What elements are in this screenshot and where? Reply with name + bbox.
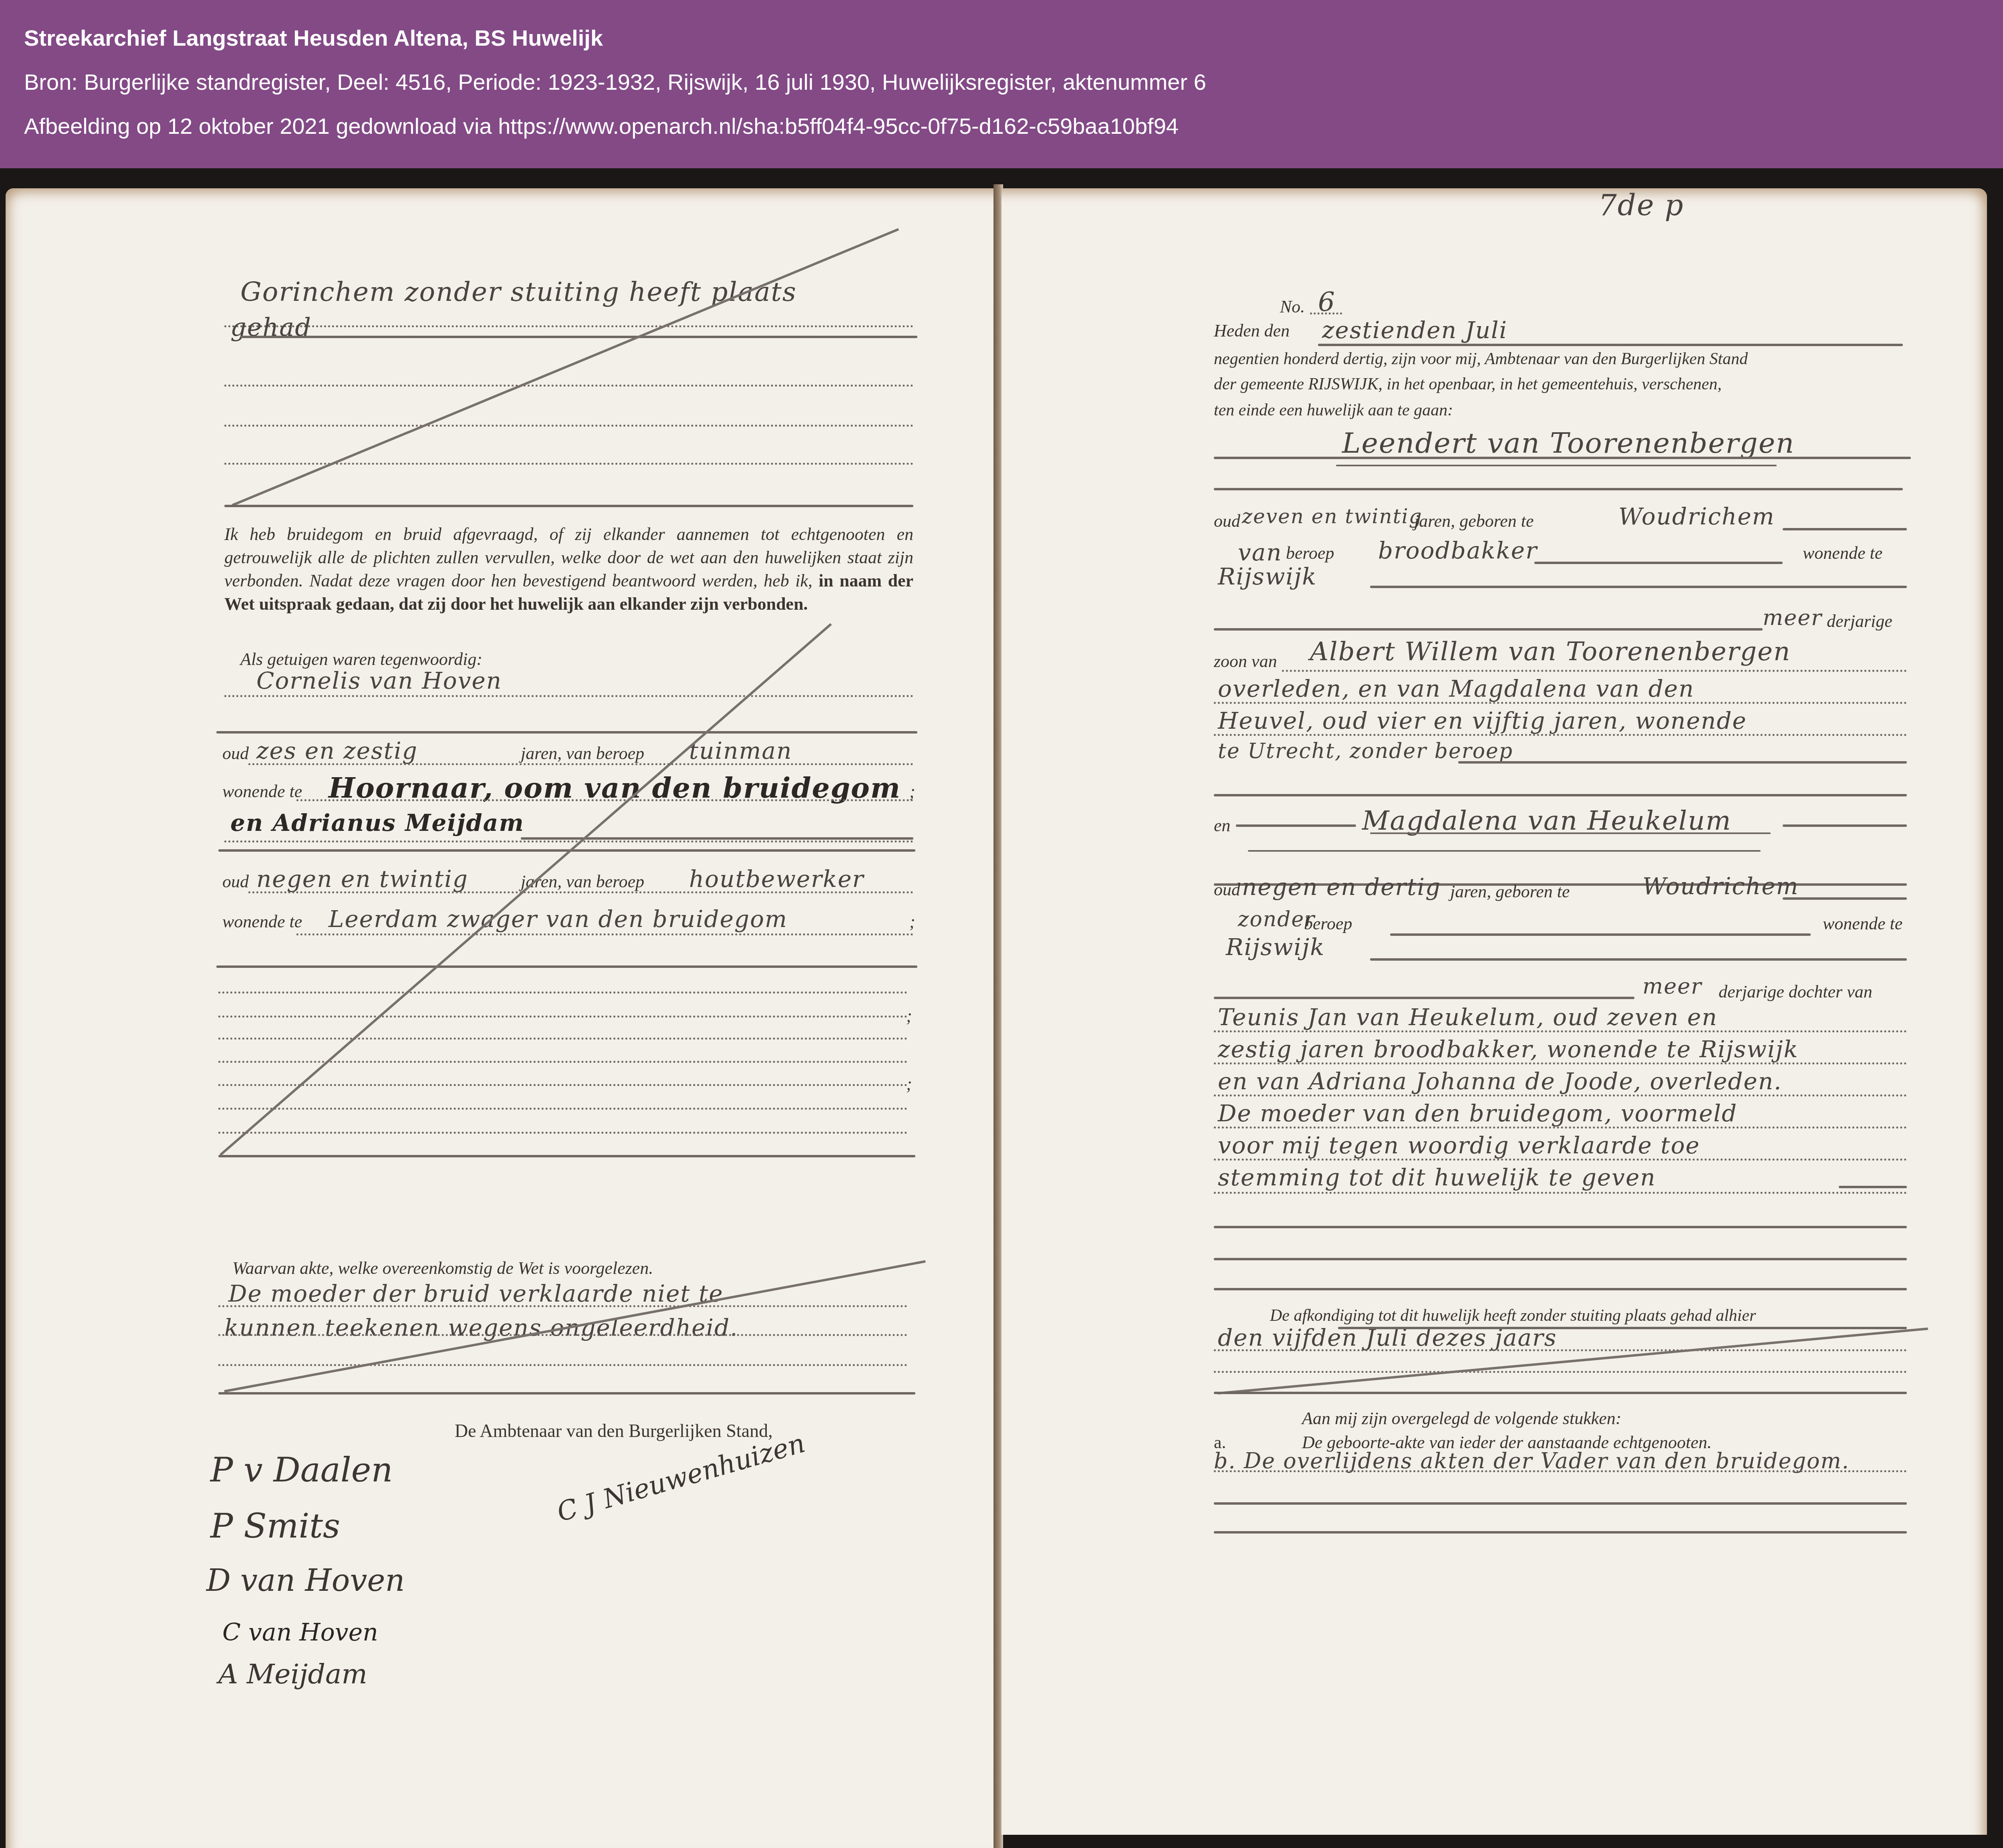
fill-rule [216, 965, 917, 968]
dotted-line [218, 1108, 907, 1110]
closing-note-line: kunnen teekenen wegens ongeleerdheid. [224, 1314, 738, 1341]
groom-occupation: broodbakker [1378, 537, 1538, 564]
banns-label: De afkondiging tot dit huwelijk heeft zo… [1270, 1306, 1756, 1325]
semicolon: ; [906, 1074, 912, 1094]
intro-line: ten einde een huwelijk aan te gaan: [1214, 401, 1453, 420]
dotted-line [1214, 1094, 1907, 1096]
semicolon: ; [909, 911, 915, 932]
fill-rule [218, 1155, 915, 1157]
dotted-line [218, 1364, 907, 1366]
fill-rule [1214, 1502, 1907, 1505]
dotted-line [224, 385, 913, 387]
declaration-paragraph: Ik heb bruidegom en bruid afgevraagd, of… [224, 523, 913, 616]
fill-rule [521, 837, 913, 840]
fill-rule [1839, 1186, 1907, 1188]
dotted-line [218, 1084, 907, 1086]
fill-rule [1783, 824, 1907, 827]
bride-residence: Rijswijk [1226, 933, 1325, 961]
groom-age: zeven en twintig [1242, 505, 1423, 528]
intro-line: der gemeente RIJSWIJK, in het openbaar, … [1214, 375, 1722, 394]
age-label: oud [222, 743, 249, 764]
witness2-name: en Adrianus Meijdam [230, 809, 524, 836]
fill-rule [1370, 586, 1907, 588]
dotted-line [248, 891, 913, 893]
parents-line: De moeder van den bruidegom, voormeld [1218, 1100, 1737, 1127]
name-underline [1370, 832, 1771, 834]
majority-label: derjarige [1827, 611, 1892, 631]
dotted-line [224, 840, 913, 842]
dotted-line [296, 799, 913, 801]
fill-rule [1338, 1327, 1907, 1329]
occupation-label: beroep [1286, 543, 1334, 563]
dotted-line [1310, 312, 1342, 314]
witness2-residence: Leerdam zwager van den bruidegom [328, 905, 788, 933]
fill-rule [1214, 628, 1763, 631]
dotted-line [218, 1132, 907, 1134]
parents-line: voor mij tegen woordig verklaarde toe [1218, 1132, 1700, 1159]
marriage-date: zestienden Juli [1322, 316, 1507, 344]
bride-majority: meer [1642, 973, 1702, 999]
archive-title: Streekarchief Langstraat Heusden Altena,… [24, 25, 603, 51]
fill-rule [1370, 958, 1907, 961]
dotted-line [218, 1334, 907, 1336]
dotted-line [1214, 1192, 1907, 1194]
and-label: en [1214, 815, 1231, 836]
fill-rule [1214, 1392, 1907, 1394]
dotted-line [224, 325, 913, 327]
fill-rule [1214, 488, 1903, 490]
declaration-italic: Ik heb bruidegom en bruid afgevraagd, of… [224, 524, 913, 590]
birthplace-label: jaren, geboren te [1450, 881, 1570, 902]
dotted-line [218, 1305, 907, 1307]
dotted-line [224, 695, 913, 697]
dotted-line [218, 1038, 907, 1040]
witness1-name: Cornelis van Hoven [256, 667, 502, 694]
bride-birthplace: Woudrichem [1642, 873, 1799, 900]
closing-label: Waarvan akte, welke overeenkomstig de We… [232, 1258, 653, 1278]
years-occupation-label: jaren, van beroep [521, 871, 644, 892]
son-of-label: zoon van [1214, 651, 1277, 671]
dotted-line [218, 1016, 907, 1018]
witness1-age: zes en zestig [256, 737, 418, 764]
dotted-line [1282, 670, 1907, 672]
fill-rule [1214, 1226, 1907, 1228]
birthplace-label: jaren, geboren te [1414, 511, 1534, 531]
intro-line: negentien honderd dertig, zijn voor mij,… [1214, 349, 1748, 369]
closing-note-line: De moeder der bruid verklaarde niet te [228, 1280, 723, 1307]
source-citation: Bron: Burgerlijke standregister, Deel: 4… [24, 69, 1206, 95]
semicolon: ; [909, 781, 915, 802]
parents-line: Albert Willem van Toorenenbergen [1310, 637, 1791, 667]
age-label: oud [1214, 879, 1240, 900]
archive-header: Streekarchief Langstraat Heusden Altena,… [0, 0, 2003, 168]
bride-name: Magdalena van Heukelum [1362, 805, 1731, 836]
margin-note: 7de p [1598, 188, 1684, 222]
dotted-line [1214, 1159, 1907, 1161]
fill-rule [1534, 562, 1783, 564]
fill-rule [1458, 761, 1907, 764]
signature: D van Hoven [206, 1562, 405, 1598]
fill-rule [1214, 997, 1634, 999]
age-label: oud [1214, 511, 1240, 531]
witnesses-label: Als getuigen waren tegenwoordig: [240, 649, 482, 669]
dotted-line [1214, 1470, 1907, 1472]
bride-age: negen en dertig [1242, 873, 1441, 901]
heden-label: Heden den [1214, 320, 1290, 341]
fill-rule [1214, 1531, 1907, 1534]
dotted-line [1214, 702, 1907, 704]
fill-rule [218, 849, 915, 852]
parents-line: Teunis Jan van Heukelum, oud zeven en [1218, 1004, 1718, 1031]
signature: P v Daalen [210, 1450, 393, 1489]
dotted-line [1214, 734, 1907, 736]
fill-rule [1214, 1288, 1907, 1290]
doc-b-text: b. De overlijdens akten der Vader van de… [1214, 1448, 1850, 1473]
dotted-line [248, 763, 913, 765]
official-label: De Ambtenaar van den Burgerlijken Stand, [455, 1420, 773, 1441]
name-underline [1336, 465, 1777, 466]
fill-rule [1318, 344, 1903, 346]
act-number-label: No. [1280, 296, 1305, 317]
majority-label: derjarige dochter van [1719, 981, 1872, 1002]
residence-label: wonende te [222, 781, 302, 802]
dotted-line [296, 933, 913, 935]
groom-residence: Rijswijk [1218, 563, 1317, 590]
fill-rule [1214, 794, 1907, 796]
signature: A Meijdam [218, 1659, 367, 1690]
groom-majority: meer [1763, 605, 1822, 630]
occupation-prefix: van [1238, 539, 1282, 566]
parents-line: overleden, en van Magdalena van den [1218, 675, 1695, 702]
fill-rule [216, 731, 917, 734]
handwritten-line: Gorinchem zonder stuiting heeft plaats [240, 276, 797, 307]
parents-line: en van Adriana Johanna de Joode, overled… [1218, 1068, 1782, 1095]
semicolon: ; [906, 1006, 912, 1026]
signature: C van Hoven [222, 1618, 378, 1646]
dotted-line [1214, 1062, 1907, 1064]
residence-label: wonende te [222, 911, 302, 932]
years-occupation-label: jaren, van beroep [521, 743, 644, 764]
signature: P Smits [210, 1506, 340, 1546]
dotted-line [224, 425, 913, 427]
residence-label: wonende te [1803, 543, 1882, 563]
dotted-line [1214, 1349, 1907, 1351]
parents-line: stemming tot dit huwelijk te geven [1218, 1164, 1656, 1191]
dotted-line [1214, 1030, 1907, 1032]
witness2-occupation: houtbewerker [689, 865, 864, 893]
groom-name: Leendert van Toorenenbergen [1342, 427, 1795, 459]
fill-rule [1214, 1258, 1907, 1260]
download-note: Afbeelding op 12 oktober 2021 gedownload… [24, 113, 1179, 139]
witness1-occupation: tuinman [689, 737, 792, 764]
dotted-line [218, 1061, 907, 1063]
fill-rule [218, 1392, 915, 1395]
parents-line: Heuvel, oud vier en vijftig jaren, wonen… [1218, 707, 1747, 734]
witness2-age: negen en twintig [256, 865, 468, 893]
fill-rule [240, 336, 917, 338]
left-page [6, 188, 996, 1848]
fill-rule [1783, 897, 1907, 900]
name-underline [1248, 850, 1761, 852]
dotted-line [1214, 1371, 1907, 1373]
fill-rule [1783, 528, 1907, 530]
fill-rule [1390, 933, 1811, 936]
groom-birthplace: Woudrichem [1618, 503, 1775, 530]
residence-label: wonende te [1823, 913, 1902, 934]
dotted-line [218, 992, 907, 994]
age-label: oud [222, 871, 249, 892]
dotted-line [1214, 1127, 1907, 1129]
parents-line: zestig jaren broodbakker, wonende te Rij… [1218, 1036, 1799, 1063]
parents-line: te Utrecht, zonder beroep [1218, 739, 1513, 763]
fill-rule [1236, 824, 1356, 827]
fill-rule [224, 505, 913, 507]
fill-rule [1214, 457, 1911, 459]
documents-label: Aan mij zijn overgelegd de volgende stuk… [1302, 1408, 1621, 1429]
occupation-label: beroep [1304, 913, 1352, 934]
